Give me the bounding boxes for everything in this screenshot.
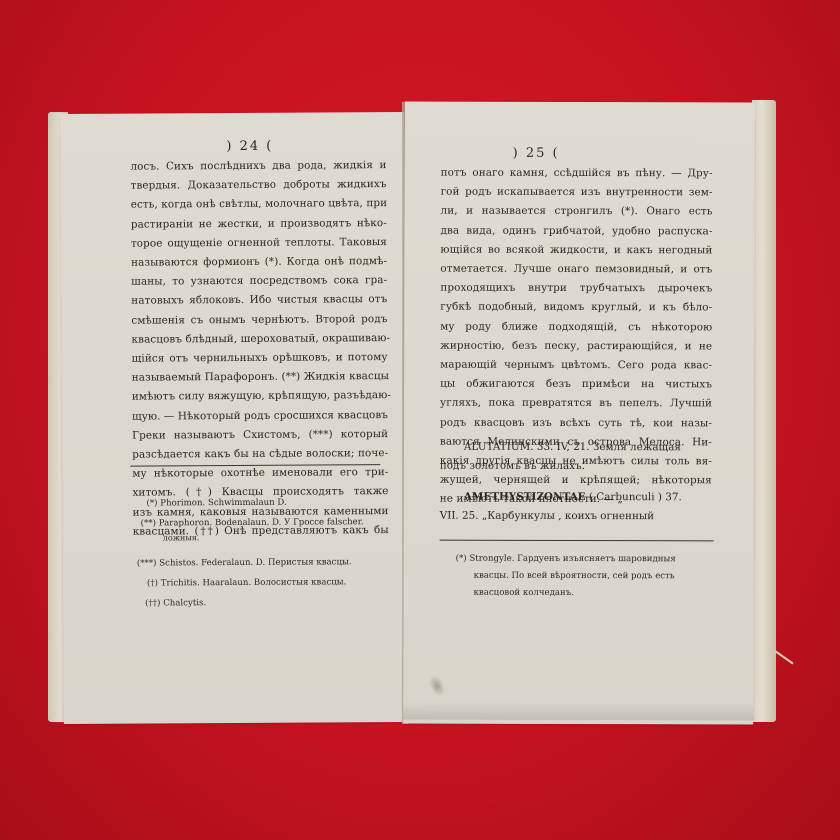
text-line: му нѣкоторые охотнѣе именовали его три- — [132, 463, 388, 484]
text-line: торое ощущеніе огненной теплоты. Таковыя — [131, 233, 387, 254]
footnote-text: Phorimon. Schwimmalaun D. — [160, 498, 286, 509]
text-line: растираніи не жестки, и производятъ нѣко… — [131, 214, 387, 235]
footnote-mark: (**) — [141, 518, 156, 528]
footnote-mark: (*) — [456, 554, 467, 564]
text-line: разсѣдается какъ бы на сѣдые волоски; по… — [132, 444, 388, 465]
entry-text: ( Carbunculi ) 37. — [589, 491, 682, 503]
footnote-text: Trichitis. Haaralaun. Волосистыя квасцы. — [161, 577, 347, 588]
text-line: квасцовъ блѣдный, шероховатый, окрашиваю… — [131, 329, 387, 350]
text-line: му роду ближе подходящій, съ нѣкоторою — [440, 317, 712, 337]
footnote-continuation: ложныя. — [163, 529, 200, 548]
open-book: ) 24 ( лосъ. Сихъ послѣднихъ два рода, ж… — [0, 0, 840, 840]
text-line: родъ квасцовъ изъ всѣхъ суть тѣ, кои наз… — [440, 413, 712, 433]
text-line: натовыхъ яблоковъ. Ибо чистыя квасцы отъ — [131, 290, 387, 311]
entry-text: 33. IV, 21. Земля лежащая — [537, 441, 681, 453]
footnote-mark: (†) — [147, 578, 158, 588]
text-line: щійся отъ чернильныхъ орѣшковъ, и потому — [132, 348, 388, 369]
footnote-text: Strongyle. Гардуенъ изъясняетъ шаровидны… — [469, 554, 675, 565]
text-line: марающій чернымъ цвѣтомъ. Сего рода квас… — [440, 356, 712, 376]
text-line: твердыя. Доказательство доброты жидкихъ — [131, 175, 387, 196]
entry-headword: ALUTATIUM. — [464, 441, 534, 453]
page-bottom-shadow — [403, 702, 753, 721]
text-line: потъ онаго камня, ссѣдшійся въ пѣну. — Д… — [441, 164, 713, 184]
text-line: угляхъ, пока превратятся въ пепелъ. Лучш… — [440, 394, 712, 414]
footnote-text: Chalcytis. — [163, 598, 206, 608]
footnote: (†) Trichitis. Haaralaun. Волосистыя ква… — [147, 573, 346, 593]
text-line: губкѣ подобный, видомъ круглый, и къ бѣл… — [440, 298, 712, 318]
text-line: щую. — Нѣкоторый родъ сросшихся квасцовъ — [132, 406, 388, 427]
footnote: (***) Schistos. Federalaun. D. Перистыя … — [137, 553, 352, 573]
text-line: два вида, одинъ грибчатой, удобно распус… — [440, 221, 712, 241]
left-page: ) 24 ( лосъ. Сихъ послѣднихъ два рода, ж… — [60, 112, 408, 724]
dictionary-entry: ALUTATIUM. 33. IV, 21. Земля лежащая — [464, 438, 714, 458]
footnote-mark: (††) — [145, 598, 160, 608]
text-line: жирностію, безъ песку, растирающійся, и … — [440, 336, 712, 356]
text-line: есть, когда онѣ свѣтлы, молочнаго цвѣта,… — [131, 194, 387, 215]
footnote-text: Schistos. Federalaun. D. Перистыя квасцы… — [159, 557, 351, 568]
text-line: лосъ. Сихъ послѣднихъ два рода, жидкія и — [130, 156, 386, 177]
loose-thread — [774, 650, 793, 664]
text-line: имѣютъ силу вяжущую, крѣпящую, разъѣдаю- — [132, 386, 388, 407]
right-page-stack-edge — [752, 100, 776, 722]
footnote-mark: (***) — [137, 558, 157, 568]
footnote-text: Paraphoron. Bodenalaun. D. У Гроссе fals… — [159, 517, 364, 528]
footnote-mark: (*) — [146, 498, 157, 508]
text-line: называются формионъ (*). Когда онѣ подмѣ… — [131, 252, 387, 273]
footnote-continuation: квасцовой колчеданъ. — [474, 584, 574, 603]
right-page: ) 25 ( потъ онаго камня, ссѣдшійся въ пѣ… — [403, 102, 755, 725]
text-line: цы обжигаются безъ примѣси на чистыхъ — [440, 375, 712, 395]
text-line: называемый Парафоронъ. (**) Жидкія квасц… — [132, 367, 388, 388]
entry-continuation: подъ золотомъ въ жилахъ. — [440, 457, 585, 477]
text-line: Греки называютъ Схистомъ, (***) который — [132, 425, 388, 446]
footnote-divider — [440, 540, 714, 542]
text-line: шаны, то узнаются посредствомъ сока гра- — [131, 271, 387, 292]
text-line: гой родъ искапывается изъ внутренности з… — [441, 183, 713, 203]
text-line: смѣшенія съ онымъ чернѣютъ. Второй родъ — [131, 310, 387, 331]
text-line: ли, и называется стронгилъ (*). Онаго ес… — [441, 202, 713, 222]
footnote: (*) Phorimon. Schwimmalaun D. — [146, 494, 286, 513]
text-line: ющійся во всякой жидкости, и какъ негодн… — [440, 240, 712, 260]
dictionary-entry: AMETHYSTIZONTAE ( Carbunculi ) 37. — [464, 488, 714, 508]
text-line: проходящихъ внутри трубчатыхъ дырочекъ — [440, 279, 712, 299]
page-number: ) 25 ( — [513, 146, 560, 161]
body-text: лосъ. Сихъ послѣднихъ два рода, жидкія и… — [130, 156, 388, 542]
footnote: (††) Chalcytis. — [145, 594, 206, 613]
entry-headword: AMETHYSTIZONTAE — [464, 491, 586, 503]
page-number: ) 24 ( — [226, 139, 273, 154]
text-line: отметается. Лучше онаго пемзовидный, и о… — [440, 260, 712, 280]
entry-continuation: VII. 25. „Карбункулы , коихъ огненный — [440, 507, 654, 527]
